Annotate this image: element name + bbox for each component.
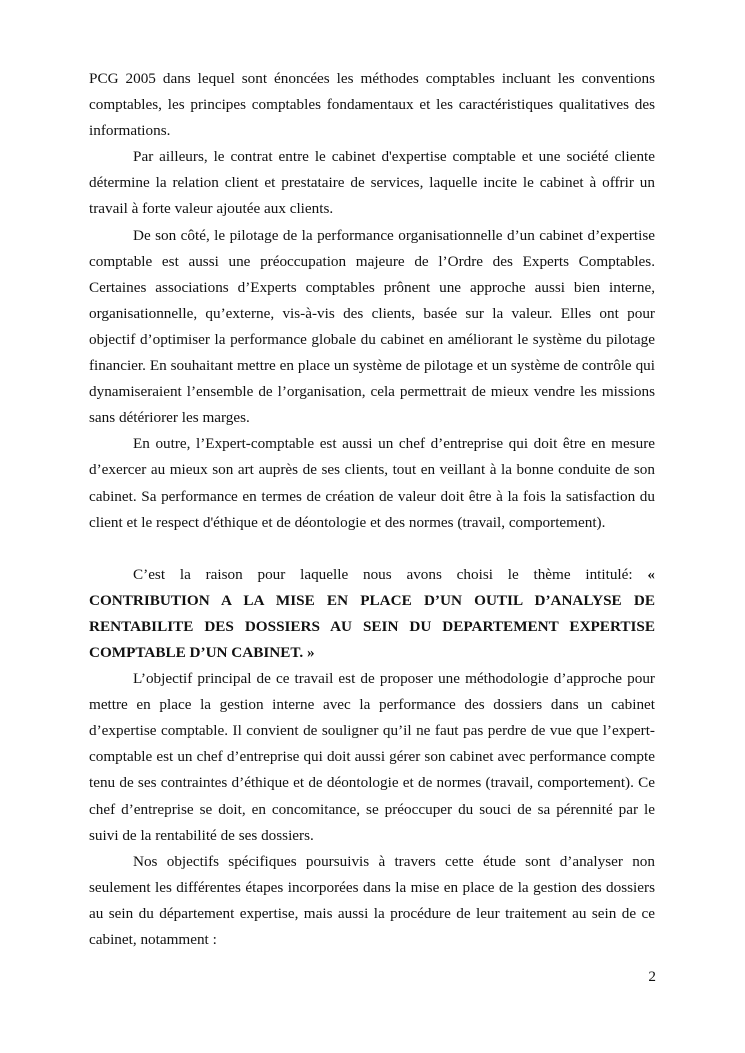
- paragraph-objectifs-specifiques: Nos objectifs spécifiques poursuivis à t…: [89, 849, 655, 953]
- paragraph-theme: C’est la raison pour laquelle nous avons…: [89, 562, 655, 666]
- paragraph-expert-comptable-chef: En outre, l’Expert-comptable est aussi u…: [89, 431, 655, 535]
- paragraph-pilotage-performance: De son côté, le pilotage de la performan…: [89, 223, 655, 432]
- document-page: PCG 2005 dans lequel sont énoncées les m…: [89, 66, 655, 953]
- paragraph-objectif-principal: L’objectif principal de ce travail est d…: [89, 666, 655, 849]
- paragraph-contrat-cabinet: Par ailleurs, le contrat entre le cabine…: [89, 144, 655, 222]
- paragraph-spacer: [89, 536, 655, 562]
- page-number: 2: [640, 968, 656, 986]
- paragraph-pcg-2005: PCG 2005 dans lequel sont énoncées les m…: [89, 66, 655, 144]
- theme-intro-text: C’est la raison pour laquelle nous avons…: [133, 566, 647, 583]
